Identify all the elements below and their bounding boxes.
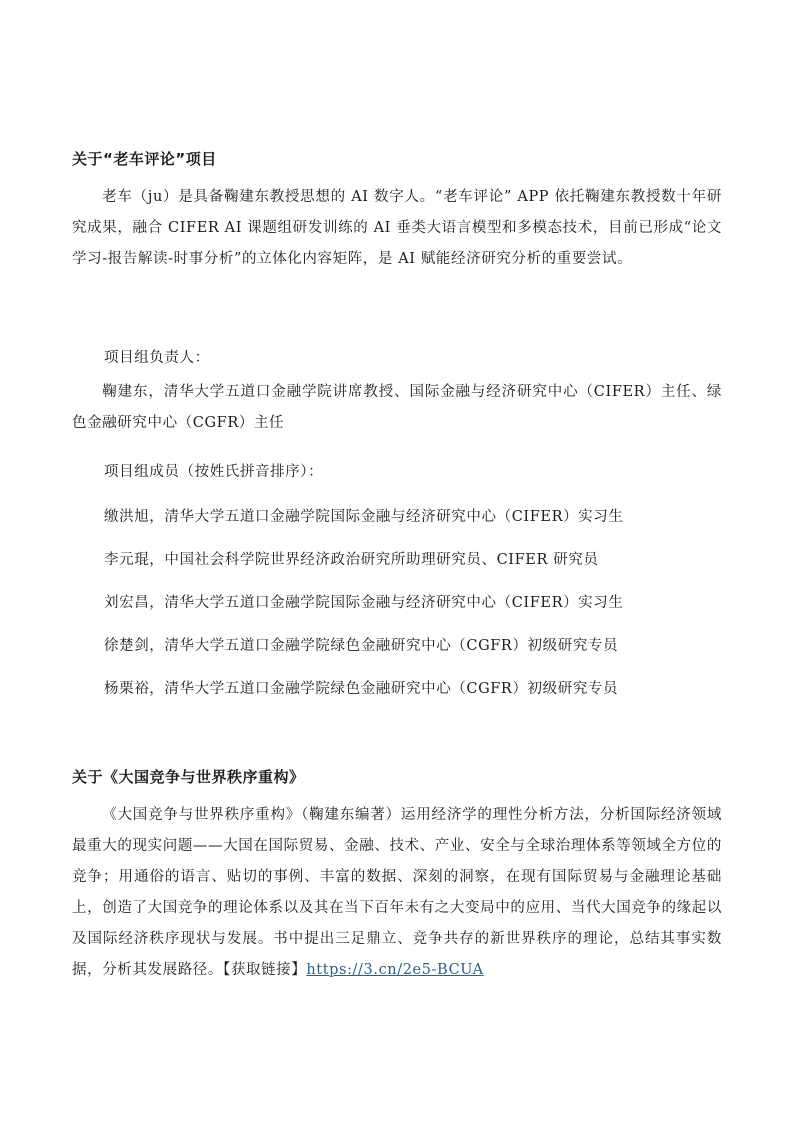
section-heading-book: 关于《大国竞争与世界秩序重构》 xyxy=(72,766,305,787)
paragraph-book: 《大国竞争与世界秩序重构》（鞠建东编著）运用经济学的理性分析方法，分析国际经济领… xyxy=(72,800,722,986)
leader-label: 项目组负责人： xyxy=(104,346,210,367)
member-item: 徐楚剑，清华大学五道口金融学院绿色金融研究中心（CGFR）初级研究专员 xyxy=(104,634,618,655)
member-item: 李元琨，中国社会科学院世界经济政治研究所助理研究员、CIFER 研究员 xyxy=(104,548,599,569)
section-heading-laoche: 关于“老车评论”项目 xyxy=(72,148,217,169)
member-item: 杨栗裕，清华大学五道口金融学院绿色金融研究中心（CGFR）初级研究专员 xyxy=(104,677,618,698)
document-page: 关于“老车评论”项目 老车（ju）是具备鞠建东教授思想的 AI 数字人。“老车评… xyxy=(0,0,793,1122)
book-link[interactable]: https://3.cn/2e5-BCUA xyxy=(306,962,483,978)
leader-text: 鞠建东，清华大学五道口金融学院讲席教授、国际金融与经济研究中心（CIFER）主任… xyxy=(72,384,722,431)
paragraph-book-text: 《大国竞争与世界秩序重构》（鞠建东编著）运用经济学的理性分析方法，分析国际经济领… xyxy=(72,807,722,978)
paragraph-laoche-text: 老车（ju）是具备鞠建东教授思想的 AI 数字人。“老车评论” APP 依托鞠建… xyxy=(72,189,722,267)
leader-entry: 鞠建东，清华大学五道口金融学院讲席教授、国际金融与经济研究中心（CIFER）主任… xyxy=(72,377,722,439)
members-label: 项目组成员（按姓氏拼音排序）： xyxy=(104,460,323,481)
member-item: 缴洪旭，清华大学五道口金融学院国际金融与经济研究中心（CIFER）实习生 xyxy=(104,505,623,526)
member-item: 刘宏昌，清华大学五道口金融学院国际金融与经济研究中心（CIFER）实习生 xyxy=(104,591,623,612)
paragraph-laoche: 老车（ju）是具备鞠建东教授思想的 AI 数字人。“老车评论” APP 依托鞠建… xyxy=(72,182,722,275)
link-label: 【获取链接】 xyxy=(223,962,306,978)
